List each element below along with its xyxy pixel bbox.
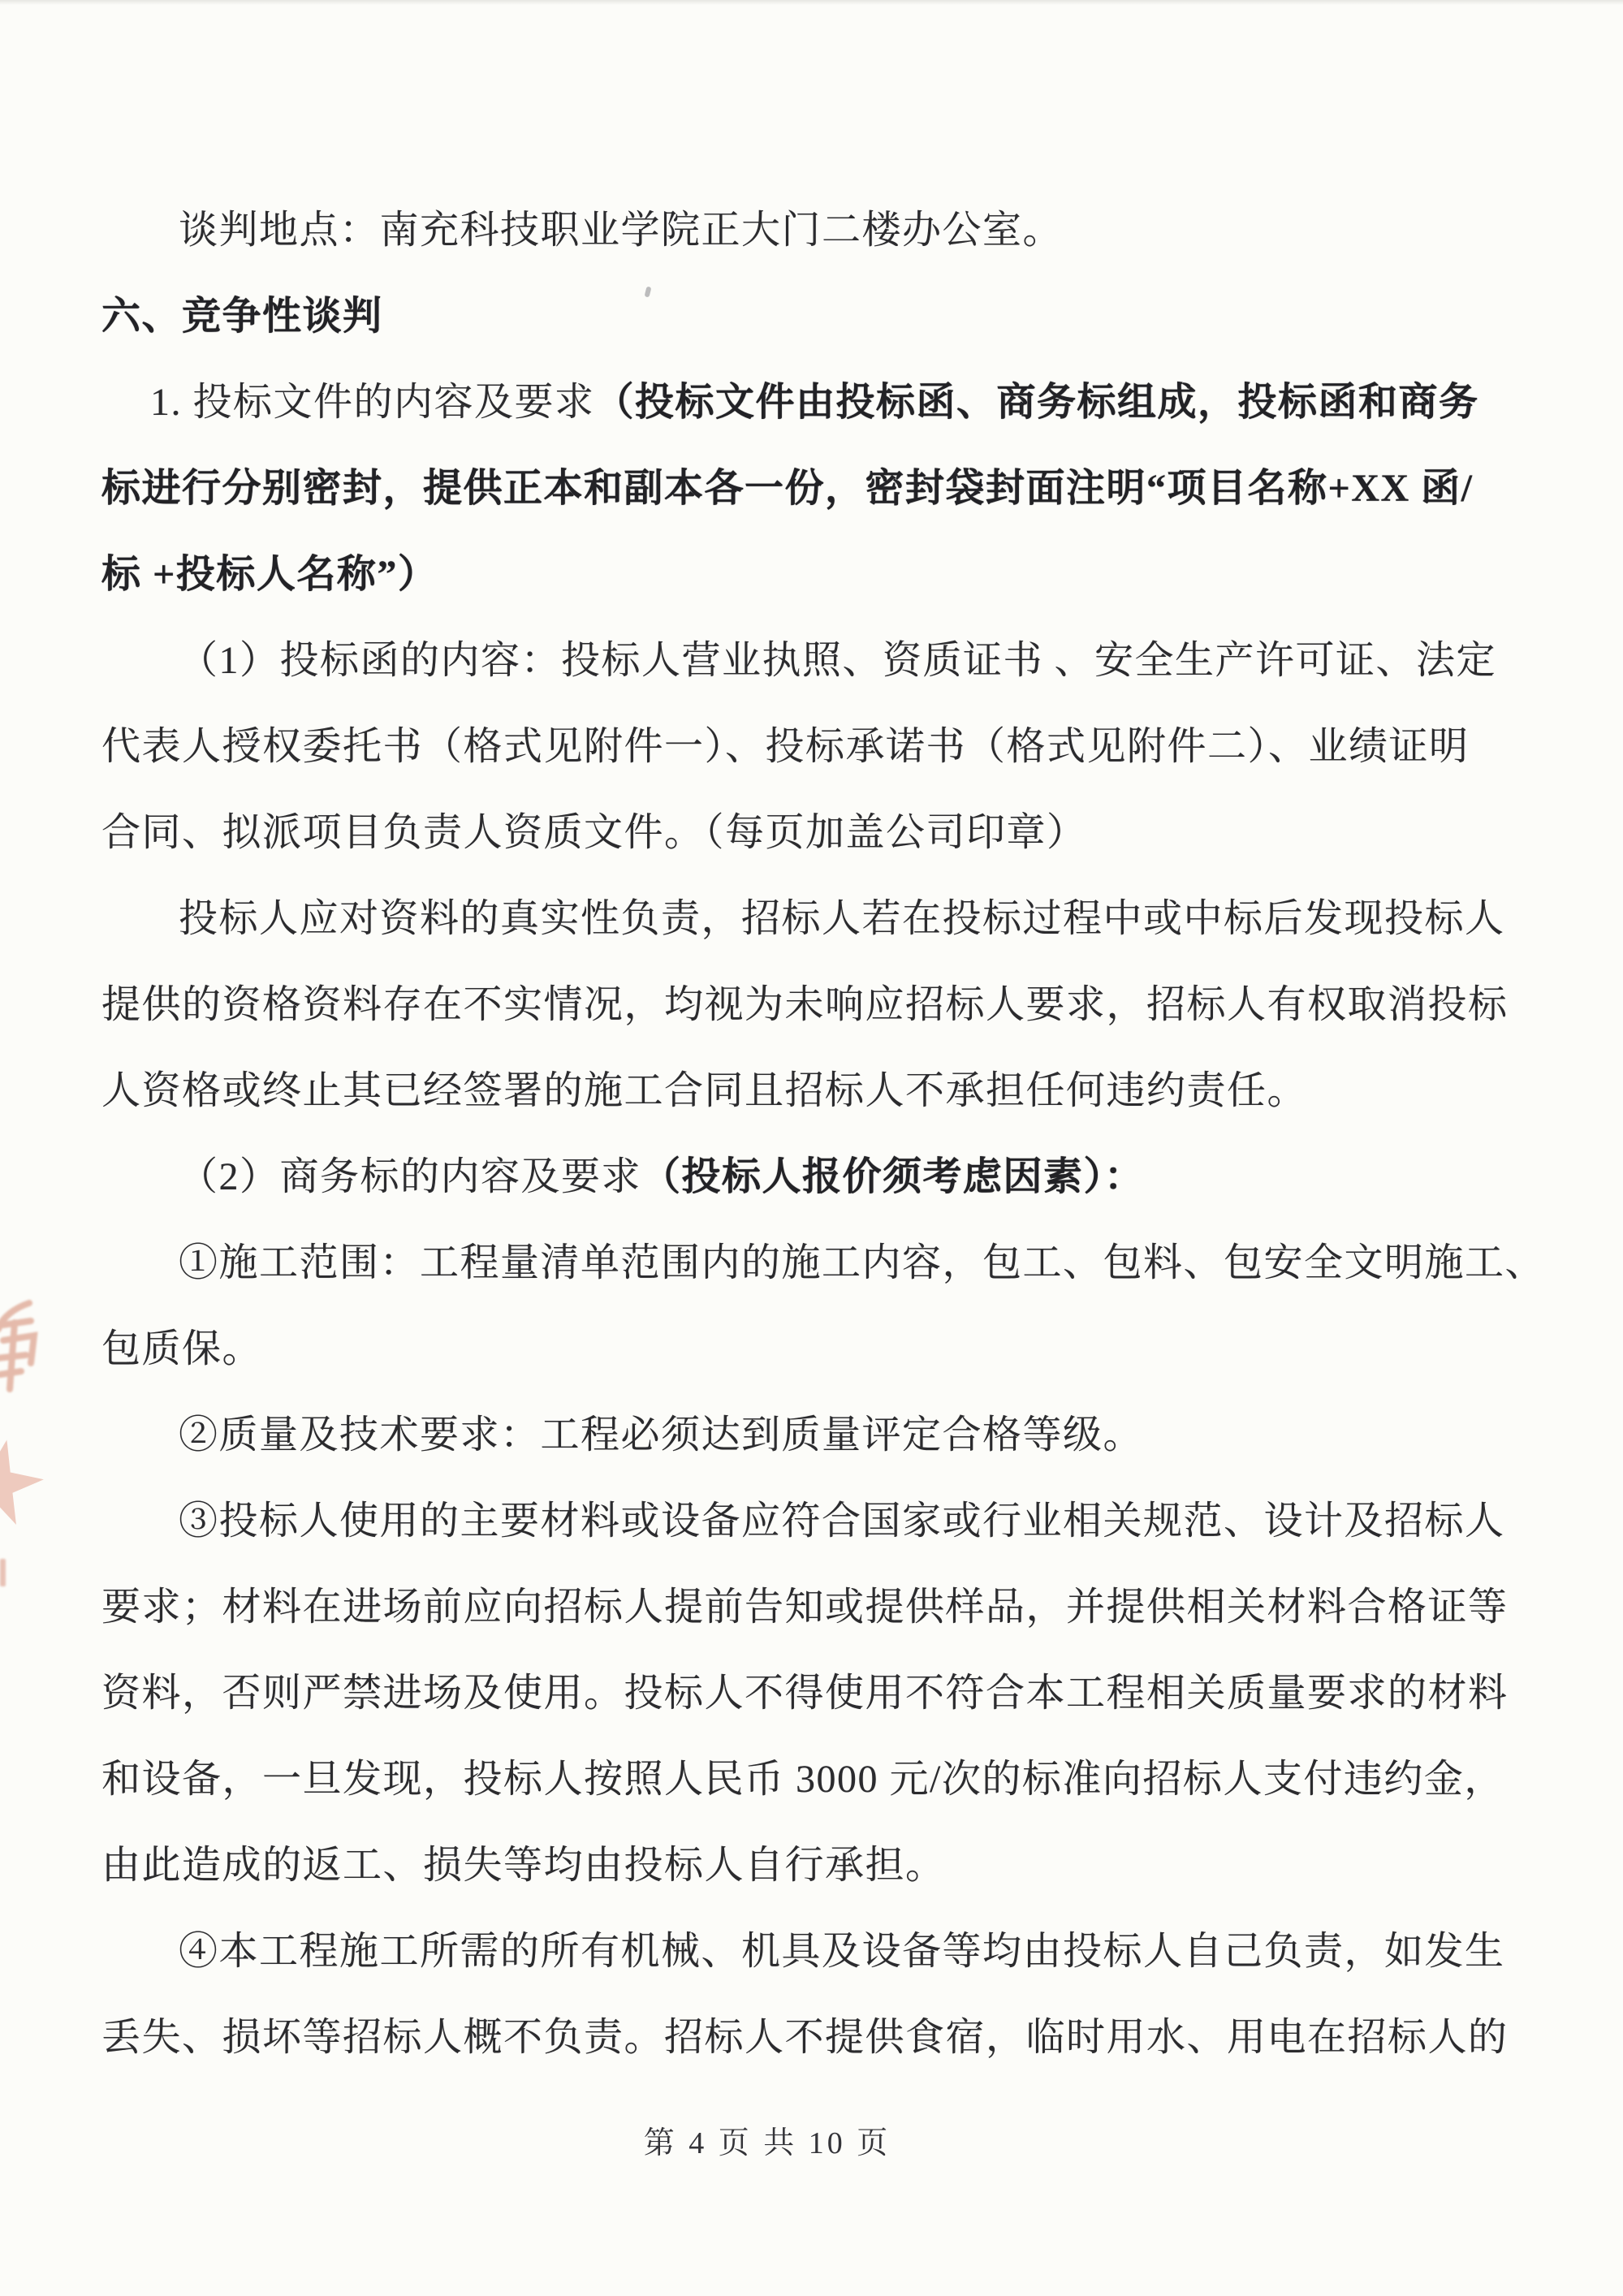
text-segment: 合同、拟派项目负责人资质文件。（每页加盖公司印章） — [101, 811, 1087, 854]
text-line: 资料，否则严禁进场及使用。投标人不得使用不符合本工程相关质量要求的材料 — [101, 1651, 1555, 1737]
document-body-text: 谈判地点：南充科技职业学院正大门二楼办公室。六、竞争性谈判1. 投标文件的内容及… — [101, 188, 1555, 2081]
text-line: ③投标人使用的主要材料或设备应符合国家或行业相关规范、设计及招标人 — [101, 1478, 1555, 1564]
text-segment: ①施工范围：工程量清单范围内的施工内容，包工、包料、包安全文明施工、 — [179, 1241, 1545, 1284]
text-line: ②质量及技术要求：工程必须达到质量评定合格等级。 — [101, 1392, 1555, 1478]
text-segment: ②质量及技术要求：工程必须达到质量评定合格等级。 — [179, 1413, 1143, 1457]
text-line: ④本工程施工所需的所有机械、机具及设备等均由投标人自己负责，如发生 — [101, 1909, 1555, 1995]
text-segment: 丢失、损坏等招标人概不负责。招标人不提供食宿，临时用水、用电在招标人的 — [101, 2016, 1509, 2059]
text-line: （1）投标函的内容：投标人营业执照、资质证书 、安全生产许可证、法定 — [101, 618, 1555, 704]
text-segment: ④本工程施工所需的所有机械、机具及设备等均由投标人自己负责，如发生 — [179, 1930, 1505, 1973]
text-line: 人资格或终止其已经签署的施工合同且招标人不承担任何违约责任。 — [101, 1048, 1555, 1134]
text-segment: 要求；材料在进场前应向招标人提前告知或提供样品，并提供相关材料合格证等 — [101, 1586, 1509, 1629]
text-line: 标 +投标人名称”） — [101, 532, 1555, 618]
text-line: （2）商务标的内容及要求（投标人报价须考虑因素）： — [101, 1134, 1555, 1220]
text-segment: 代表人授权委托书（格式见附件一）、投标承诺书（格式见附件二）、业绩证明 — [101, 725, 1470, 768]
text-segment: 包质保。 — [101, 1327, 262, 1370]
text-line: 标进行分别密封，提供正本和副本各一份，密封袋封面注明“项目名称+XX 函/ — [101, 446, 1555, 532]
text-segment: （1）投标函的内容：投标人营业执照、资质证书 、安全生产许可证、法定 — [179, 639, 1496, 682]
text-segment: ③投标人使用的主要材料或设备应符合国家或行业相关规范、设计及招标人 — [179, 1500, 1505, 1543]
text-line: 丢失、损坏等招标人概不负责。招标人不提供食宿，临时用水、用电在招标人的 — [101, 1995, 1555, 2081]
text-segment: 和设备，一旦发现，投标人按照人民币 3000 元/次的标准向招标人支付违约金， — [101, 1758, 1504, 1801]
text-segment: 投标人应对资料的真实性负责，招标人若在投标过程中或中标后发现投标人 — [179, 897, 1505, 940]
text-segment: 1. 投标文件的内容及要求 — [150, 381, 595, 424]
text-segment: 资料，否则严禁进场及使用。投标人不得使用不符合本工程相关质量要求的材料 — [101, 1672, 1509, 1715]
text-line: 代表人授权委托书（格式见附件一）、投标承诺书（格式见附件二）、业绩证明 — [101, 704, 1555, 790]
text-line: 投标人应对资料的真实性负责，招标人若在投标过程中或中标后发现投标人 — [101, 876, 1555, 962]
text-segment: 谈判地点：南充科技职业学院正大门二楼办公室。 — [179, 209, 1063, 252]
text-segment: 提供的资格资料存在不实情况，均视为未响应招标人要求，招标人有权取消投标 — [101, 983, 1509, 1026]
scan-left-edge-shadow — [0, 0, 13, 2296]
text-line: ①施工范围：工程量清单范围内的施工内容，包工、包料、包安全文明施工、 — [101, 1220, 1555, 1306]
text-segment: 标进行分别密封，提供正本和副本各一份，密封袋封面注明“项目名称+XX 函/ — [101, 467, 1474, 510]
text-segment: 六、竞争性谈判 — [101, 295, 383, 338]
text-line: 六、竞争性谈判 — [101, 274, 1555, 360]
text-line: 1. 投标文件的内容及要求（投标文件由投标函、商务标组成，投标函和商务 — [101, 360, 1555, 446]
text-line: 要求；材料在进场前应向招标人提前告知或提供样品，并提供相关材料合格证等 — [101, 1564, 1555, 1651]
red-seal-fragment-icon — [0, 1293, 52, 1415]
scan-top-edge-shadow — [0, 0, 1623, 5]
text-line: 谈判地点：南充科技职业学院正大门二楼办公室。 — [101, 188, 1555, 274]
text-line: 提供的资格资料存在不实情况，均视为未响应招标人要求，招标人有权取消投标 — [101, 962, 1555, 1048]
text-line: 包质保。 — [101, 1306, 1555, 1392]
text-segment: 标 +投标人名称”） — [101, 553, 438, 596]
document-page: 谈判地点：南充科技职业学院正大门二楼办公室。六、竞争性谈判1. 投标文件的内容及… — [0, 0, 1623, 2296]
text-line: 和设备，一旦发现，投标人按照人民币 3000 元/次的标准向招标人支付违约金， — [101, 1737, 1555, 1823]
text-line: 由此造成的返工、损失等均由投标人自行承担。 — [101, 1823, 1555, 1909]
text-segment: 人资格或终止其已经签署的施工合同且招标人不承担任何违约责任。 — [101, 1069, 1307, 1112]
text-line: 合同、拟派项目负责人资质文件。（每页加盖公司印章） — [101, 790, 1555, 876]
text-segment: 由此造成的返工、损失等均由投标人自行承担。 — [101, 1844, 946, 1887]
text-segment: （投标文件由投标函、商务标组成，投标函和商务 — [595, 381, 1479, 424]
text-segment: （投标人报价须考虑因素）： — [641, 1155, 1145, 1198]
text-segment: （2）商务标的内容及要求 — [179, 1155, 641, 1198]
red-seal-edge-mark — [0, 1559, 6, 1586]
page-number-footer: 第 4 页 共 10 页 — [644, 2113, 891, 2174]
